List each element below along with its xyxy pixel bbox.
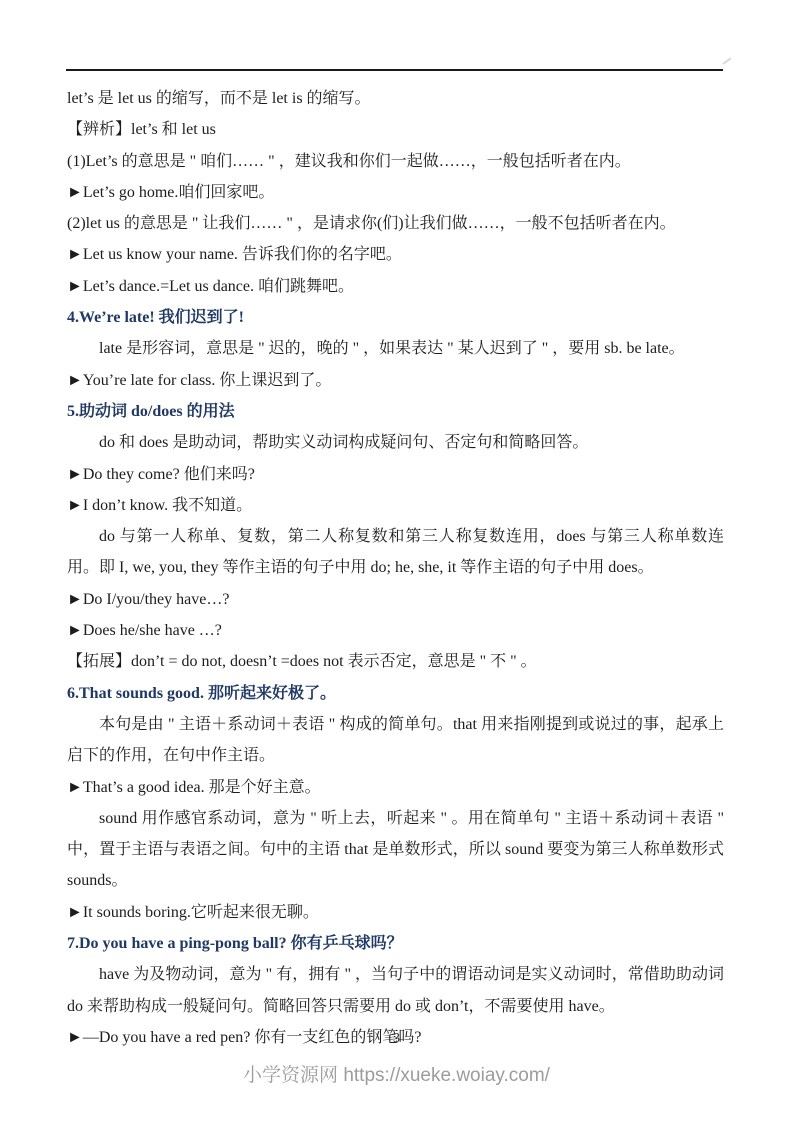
example-do-have: ►Do I/you/they have…? bbox=[67, 584, 724, 615]
explanation-do-does-usage: do 与第一人称单、复数，第二人称复数和第三人称复数连用，does 与第三人称单… bbox=[67, 521, 724, 584]
discrimination-label-line: 【辨析】let’s 和 let us bbox=[67, 114, 724, 145]
example-lets-dance: ►Let’s dance.=Let us dance. 咱们跳舞吧。 bbox=[67, 271, 724, 302]
example-sounds-boring: ►It sounds boring.它听起来很无聊。 bbox=[67, 897, 724, 928]
example-does-have: ►Does he/she have …? bbox=[67, 615, 724, 646]
section-heading-4: 4.We’re late! 我们迟到了! bbox=[67, 302, 724, 333]
explanation-that-subject: 本句是由 " 主语＋系动词＋表语 " 构成的简单句。that 用来指刚提到或说过… bbox=[67, 709, 724, 772]
document-body: let’s 是 let us 的缩写，而不是 let is 的缩写。 【辨析】l… bbox=[67, 83, 724, 1053]
explanation-late: late 是形容词，意思是 " 迟的，晚的 " ，如果表达 " 某人迟到了 " … bbox=[67, 333, 724, 364]
example-do-they-come: ►Do they come? 他们来吗? bbox=[67, 459, 724, 490]
example-good-idea: ►That’s a good idea. 那是个好主意。 bbox=[67, 772, 724, 803]
page-number: 3 bbox=[0, 1030, 793, 1048]
explanation-have: have 为及物动词，意为 " 有，拥有 " ，当句子中的谓语动词是实义动词时，… bbox=[67, 959, 724, 1022]
example-lets-go-home: ►Let’s go home.咱们回家吧。 bbox=[67, 177, 724, 208]
explanation-line-2: (2)let us 的意思是 " 让我们…… " ，是请求你(们)让我们做……，… bbox=[67, 208, 724, 239]
explanation-line-1: (1)Let’s 的意思是 " 咱们…… " ，建议我和你们一起做……，一般包括… bbox=[67, 146, 724, 177]
explanation-sound: sound 用作感官系动词，意为 " 听上去，听起来 " 。用在简单句 " 主语… bbox=[67, 803, 724, 897]
section-heading-6: 6.That sounds good. 那听起来好极了。 bbox=[67, 678, 724, 709]
section-heading-7: 7.Do you have a ping-pong ball? 你有乒乓球吗？ bbox=[67, 928, 724, 959]
example-let-us-know: ►Let us know your name. 告诉我们你的名字吧。 bbox=[67, 239, 724, 270]
site-watermark: 小学资源网 https://xueke.woiay.com/ bbox=[0, 1063, 793, 1089]
expansion-note-line: 【拓展】don’t = do not, doesn’t =does not 表示… bbox=[67, 646, 724, 677]
section-heading-5: 5.助动词 do/does 的用法 bbox=[67, 396, 724, 427]
text-line-lets-abbrev: let’s 是 let us 的缩写，而不是 let is 的缩写。 bbox=[67, 83, 724, 114]
example-late-for-class: ►You’re late for class. 你上课迟到了。 bbox=[67, 365, 724, 396]
explanation-do-does: do 和 does 是助动词，帮助实义动词构成疑问句、否定句和简略回答。 bbox=[67, 427, 724, 458]
pen-mark-artifact bbox=[722, 57, 731, 64]
header-rule bbox=[66, 69, 723, 71]
example-i-dont-know: ►I don’t know. 我不知道。 bbox=[67, 490, 724, 521]
document-page: { "colors": { "head": "#203864", "body":… bbox=[0, 0, 793, 1122]
